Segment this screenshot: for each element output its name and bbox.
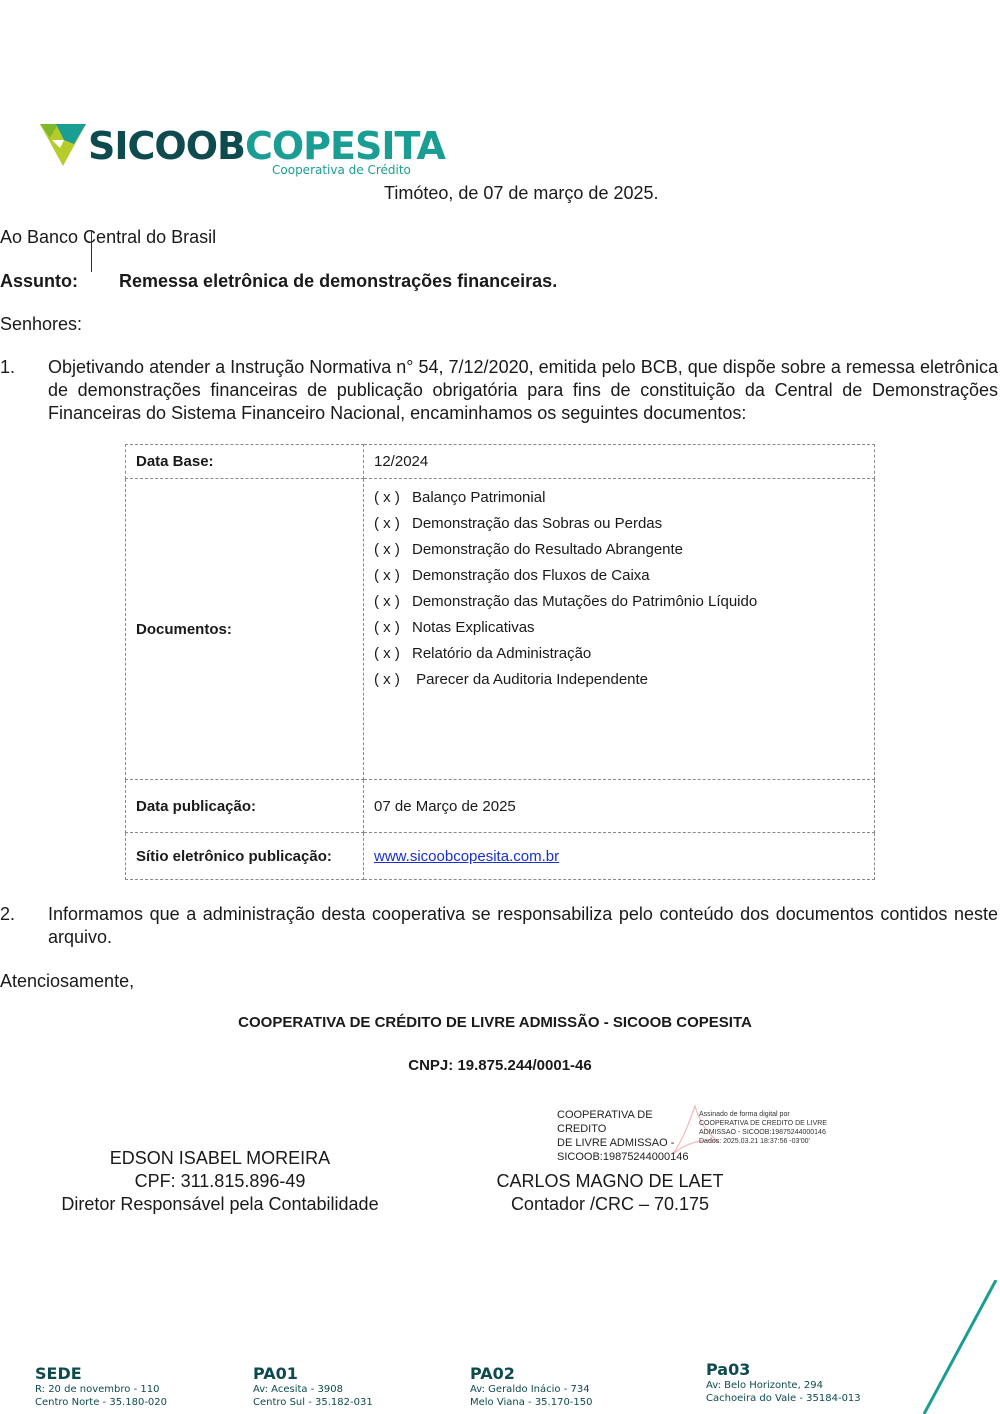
list-item: ( x )Demonstração dos Fluxos de Caixa <box>374 563 864 589</box>
list-item: ( x )Demonstração das Sobras ou Perdas <box>374 511 864 537</box>
website-label: Sítio eletrônico publicação: <box>126 833 364 880</box>
subject-label: Assunto: <box>0 270 119 293</box>
paragraph-text: Objetivando atender a Instrução Normativ… <box>48 356 998 425</box>
list-item: ( x )Demonstração do Resultado Abrangent… <box>374 537 864 563</box>
list-item: ( x )Demonstração das Mutações do Patrim… <box>374 589 864 615</box>
checkbox-mark: ( x ) <box>374 667 412 693</box>
paragraph-text: Informamos que a administração desta coo… <box>48 903 998 949</box>
list-item: ( x )Balanço Patrimonial <box>374 485 864 511</box>
table-row: Documentos: ( x )Balanço Patrimonial ( x… <box>126 479 875 780</box>
documents-label: Documentos: <box>126 479 364 780</box>
table-row: Sítio eletrônico publicação: www.sicoobc… <box>126 833 875 880</box>
signer-name: EDSON ISABEL MOREIRA <box>30 1147 410 1170</box>
checkbox-mark: ( x ) <box>374 485 412 511</box>
publication-date-value: 07 de Março de 2025 <box>364 780 875 833</box>
signature-right: CARLOS MAGNO DE LAET Contador /CRC – 70.… <box>450 1170 770 1216</box>
paragraph-1: 1. Objetivando atender a Instrução Norma… <box>0 356 1000 426</box>
documents-table: Data Base: 12/2024 Documentos: ( x )Bala… <box>125 444 875 880</box>
document-label: Demonstração das Mutações do Patrimônio … <box>412 593 757 610</box>
publication-date-label: Data publicação: <box>126 780 364 833</box>
checkbox-mark: ( x ) <box>374 511 412 537</box>
subject-line: Assunto:Remessa eletrônica de demonstraç… <box>0 270 557 293</box>
document-label: Notas Explicativas <box>412 619 535 636</box>
decorative-stripe <box>920 1280 1000 1414</box>
closing: Atenciosamente, <box>0 970 134 993</box>
signer-role: Diretor Responsável pela Contabilidade <box>30 1193 410 1216</box>
date-line: Timóteo, de 07 de março de 2025. <box>384 182 659 205</box>
checkbox-mark: ( x ) <box>374 563 412 589</box>
footer-pa03: Pa03 Av: Belo Horizonte, 294 Cachoeira d… <box>706 1361 861 1405</box>
paragraph-number: 2. <box>0 903 15 926</box>
paragraph-number: 1. <box>0 356 15 379</box>
signer-role: Contador /CRC – 70.175 <box>450 1193 770 1216</box>
data-base-label: Data Base: <box>126 445 364 479</box>
greeting: Senhores: <box>0 313 82 336</box>
website-link[interactable]: www.sicoobcopesita.com.br <box>374 848 559 865</box>
document-label: Demonstração dos Fluxos de Caixa <box>412 567 650 584</box>
signer-name: COOPERATIVA DE CREDITO DE LIVRE ADMISSAO… <box>557 1108 697 1164</box>
organization-name: COOPERATIVA DE CRÉDITO DE LIVRE ADMISSÃO… <box>0 1014 990 1031</box>
document-label: Balanço Patrimonial <box>412 489 545 506</box>
text-cursor <box>91 230 92 272</box>
document-label: Demonstração das Sobras ou Perdas <box>412 515 662 532</box>
document-label: Demonstração do Resultado Abrangente <box>412 541 683 558</box>
signature-details: Assinado de forma digital por COOPERATIV… <box>699 1110 849 1146</box>
cnpj: CNPJ: 19.875.244/0001-46 <box>0 1057 1000 1074</box>
documents-cell: ( x )Balanço Patrimonial ( x )Demonstraç… <box>364 479 875 780</box>
logo-tagline: Cooperativa de Crédito <box>272 163 411 177</box>
recipient: Ao Banco Central do Brasil <box>0 226 216 249</box>
signature-left: EDSON ISABEL MOREIRA CPF: 311.815.896-49… <box>30 1147 410 1216</box>
logo-wordmark: SICOOBCOPESITA <box>88 124 445 168</box>
company-logo: SICOOBCOPESITA Cooperativa de Crédito <box>40 124 420 180</box>
signer-name: CARLOS MAGNO DE LAET <box>450 1170 770 1193</box>
list-item: ( x )Notas Explicativas <box>374 615 864 641</box>
checkbox-mark: ( x ) <box>374 641 412 667</box>
signer-cpf: CPF: 311.815.896-49 <box>30 1170 410 1193</box>
footer-sede: SEDE R: 20 de novembro - 110 Centro Nort… <box>35 1365 167 1409</box>
checkbox-mark: ( x ) <box>374 615 412 641</box>
website-cell: www.sicoobcopesita.com.br <box>364 833 875 880</box>
logo-triangle-icon <box>40 124 86 166</box>
document-label: Parecer da Auditoria Independente <box>412 671 648 688</box>
footer-pa01: PA01 Av: Acesita - 3908 Centro Sul - 35.… <box>253 1365 373 1409</box>
table-row: Data publicação: 07 de Março de 2025 <box>126 780 875 833</box>
footer-pa02: PA02 Av: Geraldo Inácio - 734 Melo Viana… <box>470 1365 593 1409</box>
list-item: ( x )Relatório da Administração <box>374 641 864 667</box>
paragraph-2: 2. Informamos que a administração desta … <box>0 903 1000 951</box>
checkbox-mark: ( x ) <box>374 537 412 563</box>
list-item: ( x ) Parecer da Auditoria Independente <box>374 667 864 693</box>
subject-text: Remessa eletrônica de demonstrações fina… <box>119 271 557 291</box>
document-label: Relatório da Administração <box>412 645 591 662</box>
table-row: Data Base: 12/2024 <box>126 445 875 479</box>
document-list: ( x )Balanço Patrimonial ( x )Demonstraç… <box>374 485 864 693</box>
checkbox-mark: ( x ) <box>374 589 412 615</box>
data-base-value: 12/2024 <box>364 445 875 479</box>
